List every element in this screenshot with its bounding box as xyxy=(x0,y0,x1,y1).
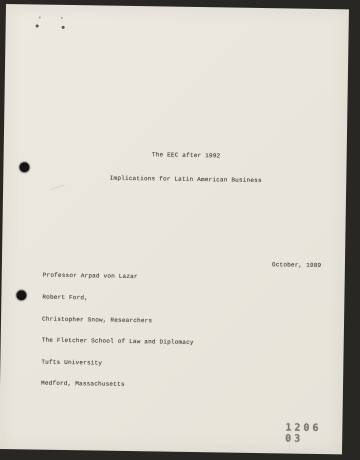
staple-mark-icon xyxy=(36,24,39,27)
title-line-2: Implications for Latin American Business xyxy=(3,173,360,187)
author-line: Medford, Massachusetts xyxy=(41,380,193,390)
author-block: Professor Arpad von Lazar Robert Ford, C… xyxy=(41,258,195,404)
author-line: The Fletcher School of Law and Diplomacy xyxy=(42,337,194,347)
staple-mark-icon xyxy=(39,17,41,19)
title-line-1: The EEC after 1992 xyxy=(4,149,360,163)
scanned-page: The EEC after 1992 Implications for Lati… xyxy=(0,4,349,454)
author-line: Christopher Snow, Researchers xyxy=(42,315,194,325)
hole-punch-icon xyxy=(16,290,26,300)
staple-mark-icon xyxy=(62,26,65,29)
author-line: Tufts University xyxy=(41,358,193,368)
scanner-background: The EEC after 1992 Implications for Lati… xyxy=(0,0,360,460)
date-line: October, 1989 xyxy=(272,261,322,269)
document-title: The EEC after 1992 Implications for Lati… xyxy=(3,133,360,203)
staple-mark-icon xyxy=(61,17,63,19)
accession-number-stamp: 1206 03 xyxy=(285,422,342,445)
hole-punch-icon xyxy=(19,162,29,172)
author-line: Professor Arpad von Lazar xyxy=(43,272,195,282)
author-line: Robert Ford, xyxy=(42,294,194,304)
